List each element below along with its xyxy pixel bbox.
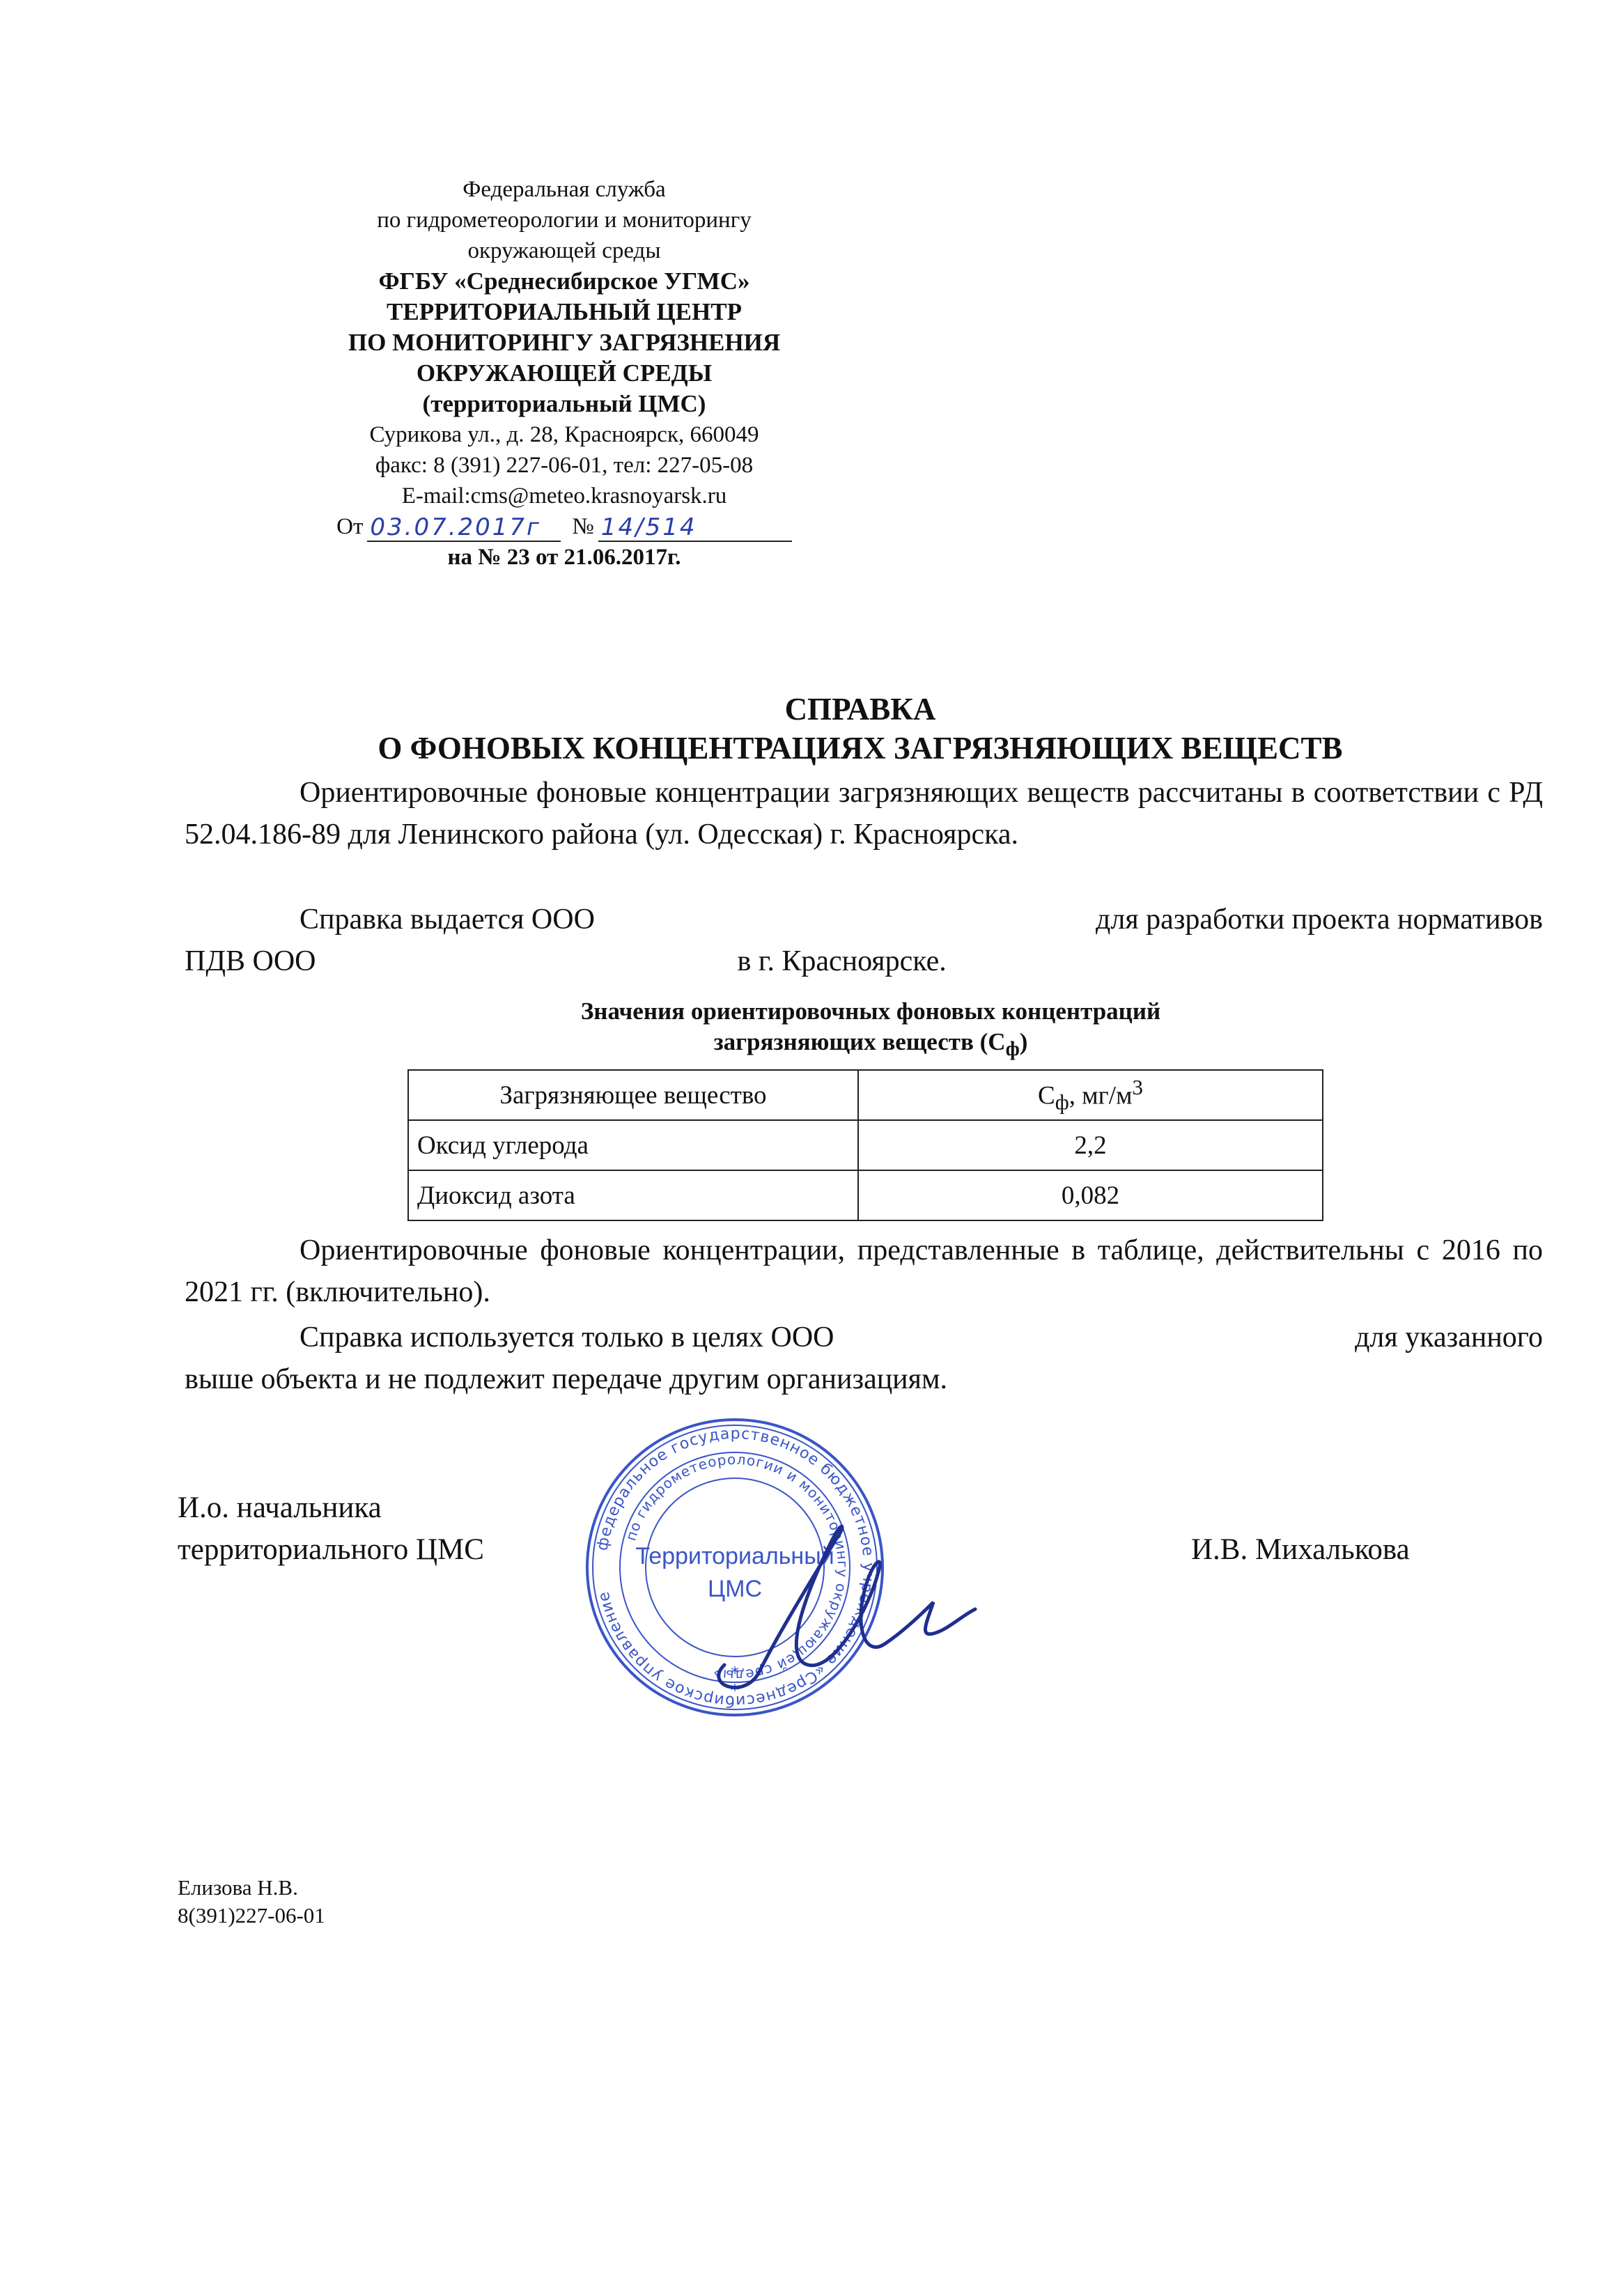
table-header-row: Загрязняющее вещество Сф, мг/м3 — [408, 1070, 1323, 1120]
document-title: СПРАВКА О ФОНОВЫХ КОНЦЕНТРАЦИЯХ ЗАГРЯЗНЯ… — [181, 690, 1539, 768]
handwritten-date: 03.07.2017г — [367, 514, 561, 542]
table-row: Диоксид азота 0,082 — [408, 1170, 1323, 1220]
issued-to-prefix: Справка выдается ООО — [300, 899, 595, 940]
letterhead-line: Федеральная служба — [265, 174, 864, 205]
letterhead-line: окружающей среды — [265, 235, 864, 266]
handwritten-signature-icon — [697, 1498, 989, 1707]
organization-unit: ТЕРРИТОРИАЛЬНЫЙ ЦЕНТР — [265, 297, 864, 327]
table-caption: Значения ориентировочных фоновых концент… — [390, 996, 1351, 1064]
title-line-2: О ФОНОВЫХ КОНЦЕНТРАЦИЯХ ЗАГРЯЗНЯЮЩИХ ВЕЩ… — [181, 729, 1539, 768]
value-cell: 0,082 — [858, 1170, 1323, 1220]
substance-cell: Оксид углерода — [408, 1120, 858, 1170]
executor-info: Елизова Н.В. 8(391)227-06-01 — [178, 1874, 325, 1930]
title-line-1: СПРАВКА — [181, 690, 1539, 729]
contact-phone: факс: 8 (391) 227-06-01, тел: 227-05-08 — [265, 450, 864, 481]
caption-line-2: загрязняющих веществ (Сф) — [390, 1027, 1351, 1064]
paragraph-issued-to: Справка выдается ООО для разработки прое… — [185, 899, 1543, 982]
signatory-position: И.о. начальника территориального ЦМС — [178, 1487, 484, 1571]
executor-name: Елизова Н.В. — [178, 1874, 325, 1902]
organization-name: ФГБУ «Среднесибирское УГМС» — [265, 266, 864, 297]
pdv-prefix: ПДВ ООО — [185, 940, 316, 982]
header-value-unit: , мг/м — [1069, 1081, 1133, 1110]
caption-end: ) — [1020, 1028, 1028, 1055]
caption-line-1: Значения ориентировочных фоновых концент… — [390, 996, 1351, 1027]
paragraph-usage: Справка используется только в целях ООО … — [185, 1317, 1543, 1400]
letterhead-line: по гидрометеорологии и мониторингу — [265, 205, 864, 235]
organization-unit: ПО МОНИТОРИНГУ ЗАГРЯЗНЕНИЯ — [265, 327, 864, 358]
header-value: Сф, мг/м3 — [858, 1070, 1323, 1120]
caption-subscript: ф — [1006, 1038, 1020, 1060]
header-value-symbol: С — [1038, 1081, 1055, 1110]
address: Сурикова ул., д. 28, Красноярск, 660049 — [265, 419, 864, 450]
reply-reference: на № 23 от 21.06.2017г. — [265, 542, 864, 573]
signatory-name: И.В. Михалькова — [1191, 1529, 1410, 1571]
header-value-subscript: ф — [1055, 1090, 1069, 1114]
header-substance: Загрязняющее вещество — [408, 1070, 858, 1120]
substance-cell: Диоксид азота — [408, 1170, 858, 1220]
position-line-2: территориального ЦМС — [178, 1529, 484, 1571]
header-value-superscript: 3 — [1133, 1076, 1143, 1099]
usage-prefix: Справка используется только в целях ООО — [300, 1317, 834, 1358]
executor-phone: 8(391)227-06-01 — [178, 1902, 325, 1930]
paragraph-validity: Ориентировочные фоновые концентрации, пр… — [185, 1230, 1543, 1313]
date-label: От — [336, 511, 363, 542]
handwritten-number: 14/514 — [598, 514, 792, 542]
concentrations-table: Загрязняющее вещество Сф, мг/м3 Оксид уг… — [407, 1069, 1323, 1221]
location: в г. Красноярске. — [738, 940, 947, 982]
registration-line: От 03.07.2017г № 14/514 — [265, 511, 864, 542]
letterhead: Федеральная служба по гидрометеорологии … — [265, 174, 864, 573]
position-line-1: И.о. начальника — [178, 1487, 484, 1529]
contact-email: E-mail:cms@meteo.krasnoyarsk.ru — [265, 481, 864, 511]
number-label: № — [572, 511, 594, 542]
issued-to-purpose: для разработки проекта нормативов — [1096, 899, 1543, 940]
value-cell: 2,2 — [858, 1120, 1323, 1170]
caption-text: загрязняющих веществ (С — [714, 1028, 1006, 1055]
paragraph-basis: Ориентировочные фоновые концентрации заг… — [185, 772, 1543, 855]
usage-restriction: выше объекта и не подлежит передаче друг… — [185, 1358, 1543, 1400]
organization-unit: ОКРУЖАЮЩЕЙ СРЕДЫ — [265, 358, 864, 389]
usage-purpose: для указанного — [1355, 1317, 1543, 1358]
table-row: Оксид углерода 2,2 — [408, 1120, 1323, 1170]
organization-abbrev: (территориальный ЦМС) — [265, 389, 864, 419]
